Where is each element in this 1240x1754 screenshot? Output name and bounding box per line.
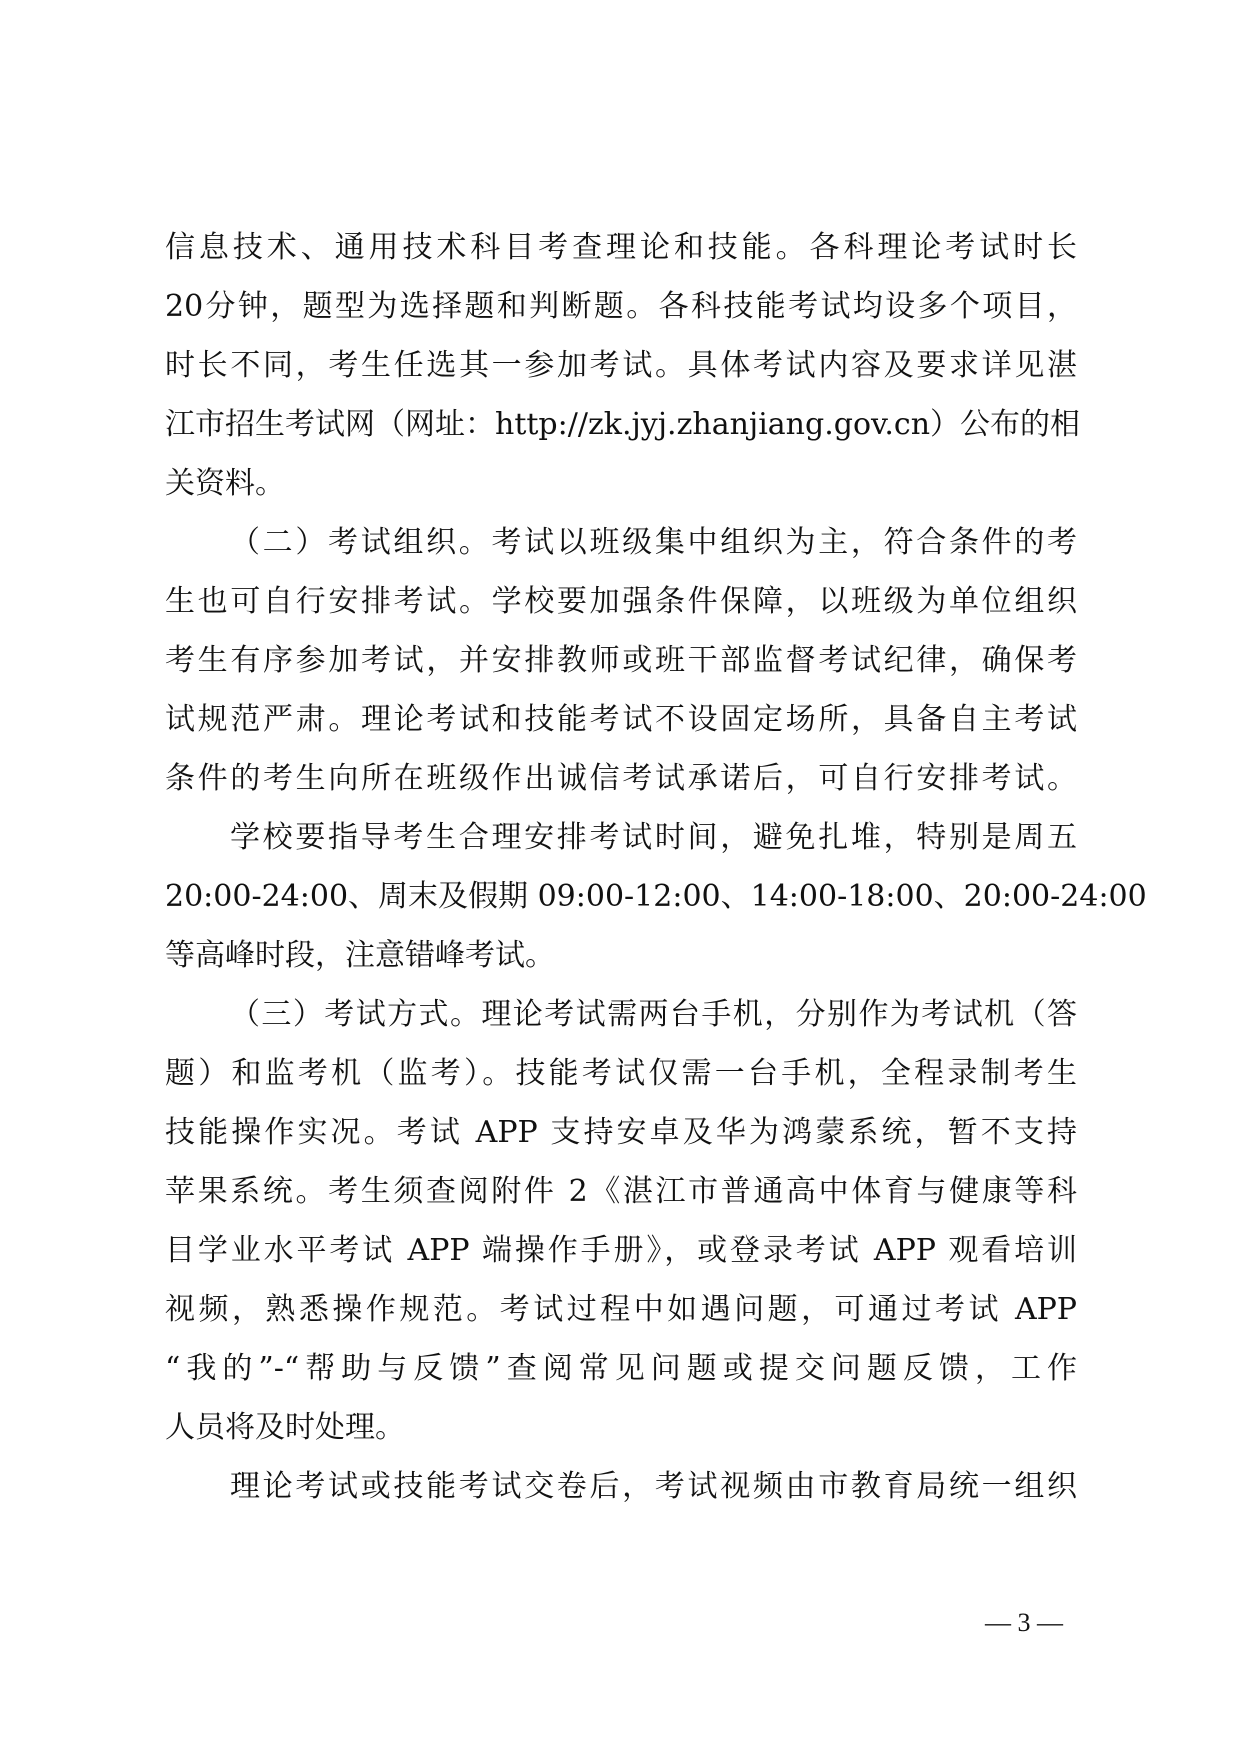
body-line: 技能操作实况。考试 APP 支持安卓及华为鸿蒙系统，暂不支持: [165, 1113, 1077, 1153]
body-line: 人员将及时处理。: [165, 1408, 1077, 1448]
body-line: 生也可自行安排考试。学校要加强条件保障，以班级为单位组织: [165, 582, 1077, 622]
section-heading-line: （二）考试组织。考试以班级集中组织为主，符合条件的考: [230, 523, 1077, 563]
body-line: 20:00-24:00、周末及假期 09:00-12:00、14:00-18:0…: [165, 877, 1077, 917]
body-line: 江市招生考试网（网址：http://zk.jyj.zhanjiang.gov.c…: [165, 405, 1077, 445]
body-line: 考生有序参加考试，并安排教师或班干部监督考试纪律，确保考: [165, 641, 1077, 681]
body-line: 视频，熟悉操作规范。考试过程中如遇问题，可通过考试 APP: [165, 1290, 1077, 1330]
body-line: 信息技术、通用技术科目考查理论和技能。各科理论考试时长: [165, 228, 1077, 268]
page-number: — 3 —: [985, 1608, 1063, 1638]
body-line: 条件的考生向所在班级作出诚信考试承诺后，可自行安排考试。: [165, 759, 1077, 799]
body-line: 试规范严肃。理论考试和技能考试不设固定场所，具备自主考试: [165, 700, 1077, 740]
body-line: 20分钟，题型为选择题和判断题。各科技能考试均设多个项目，: [165, 287, 1077, 327]
body-line: 苹果系统。考生须查阅附件 2《湛江市普通高中体育与健康等科: [165, 1172, 1077, 1212]
body-line: 等高峰时段，注意错峰考试。: [165, 936, 1077, 976]
paragraph-first-line: 理论考试或技能考试交卷后，考试视频由市教育局统一组织: [230, 1467, 1077, 1507]
body-line: 目学业水平考试 APP 端操作手册》，或登录考试 APP 观看培训: [165, 1231, 1077, 1271]
body-line: “我的”-“帮助与反馈”查阅常见问题或提交问题反馈，工作: [165, 1349, 1077, 1389]
paragraph-first-line: 学校要指导考生合理安排考试时间，避免扎堆，特别是周五: [230, 818, 1077, 858]
document-page: 信息技术、通用技术科目考查理论和技能。各科理论考试时长 20分钟，题型为选择题和…: [0, 0, 1240, 1754]
body-line: 题）和监考机（监考）。技能考试仅需一台手机，全程录制考生: [165, 1054, 1077, 1094]
body-line: 关资料。: [165, 464, 1077, 504]
body-line: 时长不同，考生任选其一参加考试。具体考试内容及要求详见湛: [165, 346, 1077, 386]
section-heading-line: （三）考试方式。理论考试需两台手机，分别作为考试机（答: [230, 995, 1077, 1035]
